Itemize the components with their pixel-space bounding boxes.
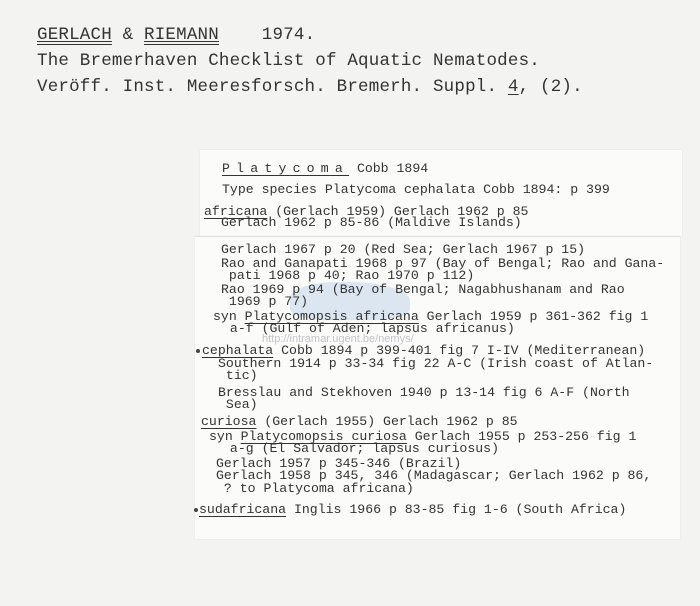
journal-line: Veröff. Inst. Meeresforsch. Bremerh. Sup… xyxy=(37,74,583,100)
reference-line: Gerlach 1962 p 85-86 (Maldive Islands) xyxy=(221,216,522,229)
type-species: Type species Platycoma cephalata Cobb 18… xyxy=(222,183,610,196)
author-2: RIEMANN xyxy=(144,25,219,45)
publication-title: The Bremerhaven Checklist of Aquatic Nem… xyxy=(37,48,583,74)
bullet-marker xyxy=(194,508,198,512)
reference-header: GERLACH & RIEMANN 1974. The Bremerhaven … xyxy=(37,22,583,100)
reference-line: 1969 p 77) xyxy=(221,295,308,308)
reference-line: Southern 1914 p 33-34 fig 22 A-C (Irish … xyxy=(218,357,653,370)
genus-line: Platycoma Cobb 1894 xyxy=(222,162,428,175)
genus-name: Platycoma xyxy=(222,161,349,176)
reference-line: ? to Platycoma africana) xyxy=(216,482,414,495)
authors-line: GERLACH & RIEMANN 1974. xyxy=(37,22,583,48)
reference-line: a-g (El Salvador; lapsus curiosus) xyxy=(222,442,499,455)
year: 1974. xyxy=(262,25,316,45)
reference-line: tic) xyxy=(218,369,258,382)
species-sudafricana: sudafricana Inglis 1966 p 83-85 fig 1-6 … xyxy=(199,503,626,516)
volume: 4 xyxy=(508,77,519,97)
reference-line: pati 1968 p 40; Rao 1970 p 112) xyxy=(221,269,474,282)
reference-line: Gerlach 1967 p 20 (Red Sea; Gerlach 1967… xyxy=(221,243,585,256)
issue: , (2). xyxy=(519,77,583,97)
author-1: GERLACH xyxy=(37,25,112,45)
bullet-marker xyxy=(196,349,200,353)
species-curiosa: curiosa (Gerlach 1955) Gerlach 1962 p 85 xyxy=(201,415,518,428)
reference-line: Bresslau and Stekhoven 1940 p 13-14 fig … xyxy=(218,386,630,399)
reference-line: Sea) xyxy=(218,398,258,411)
